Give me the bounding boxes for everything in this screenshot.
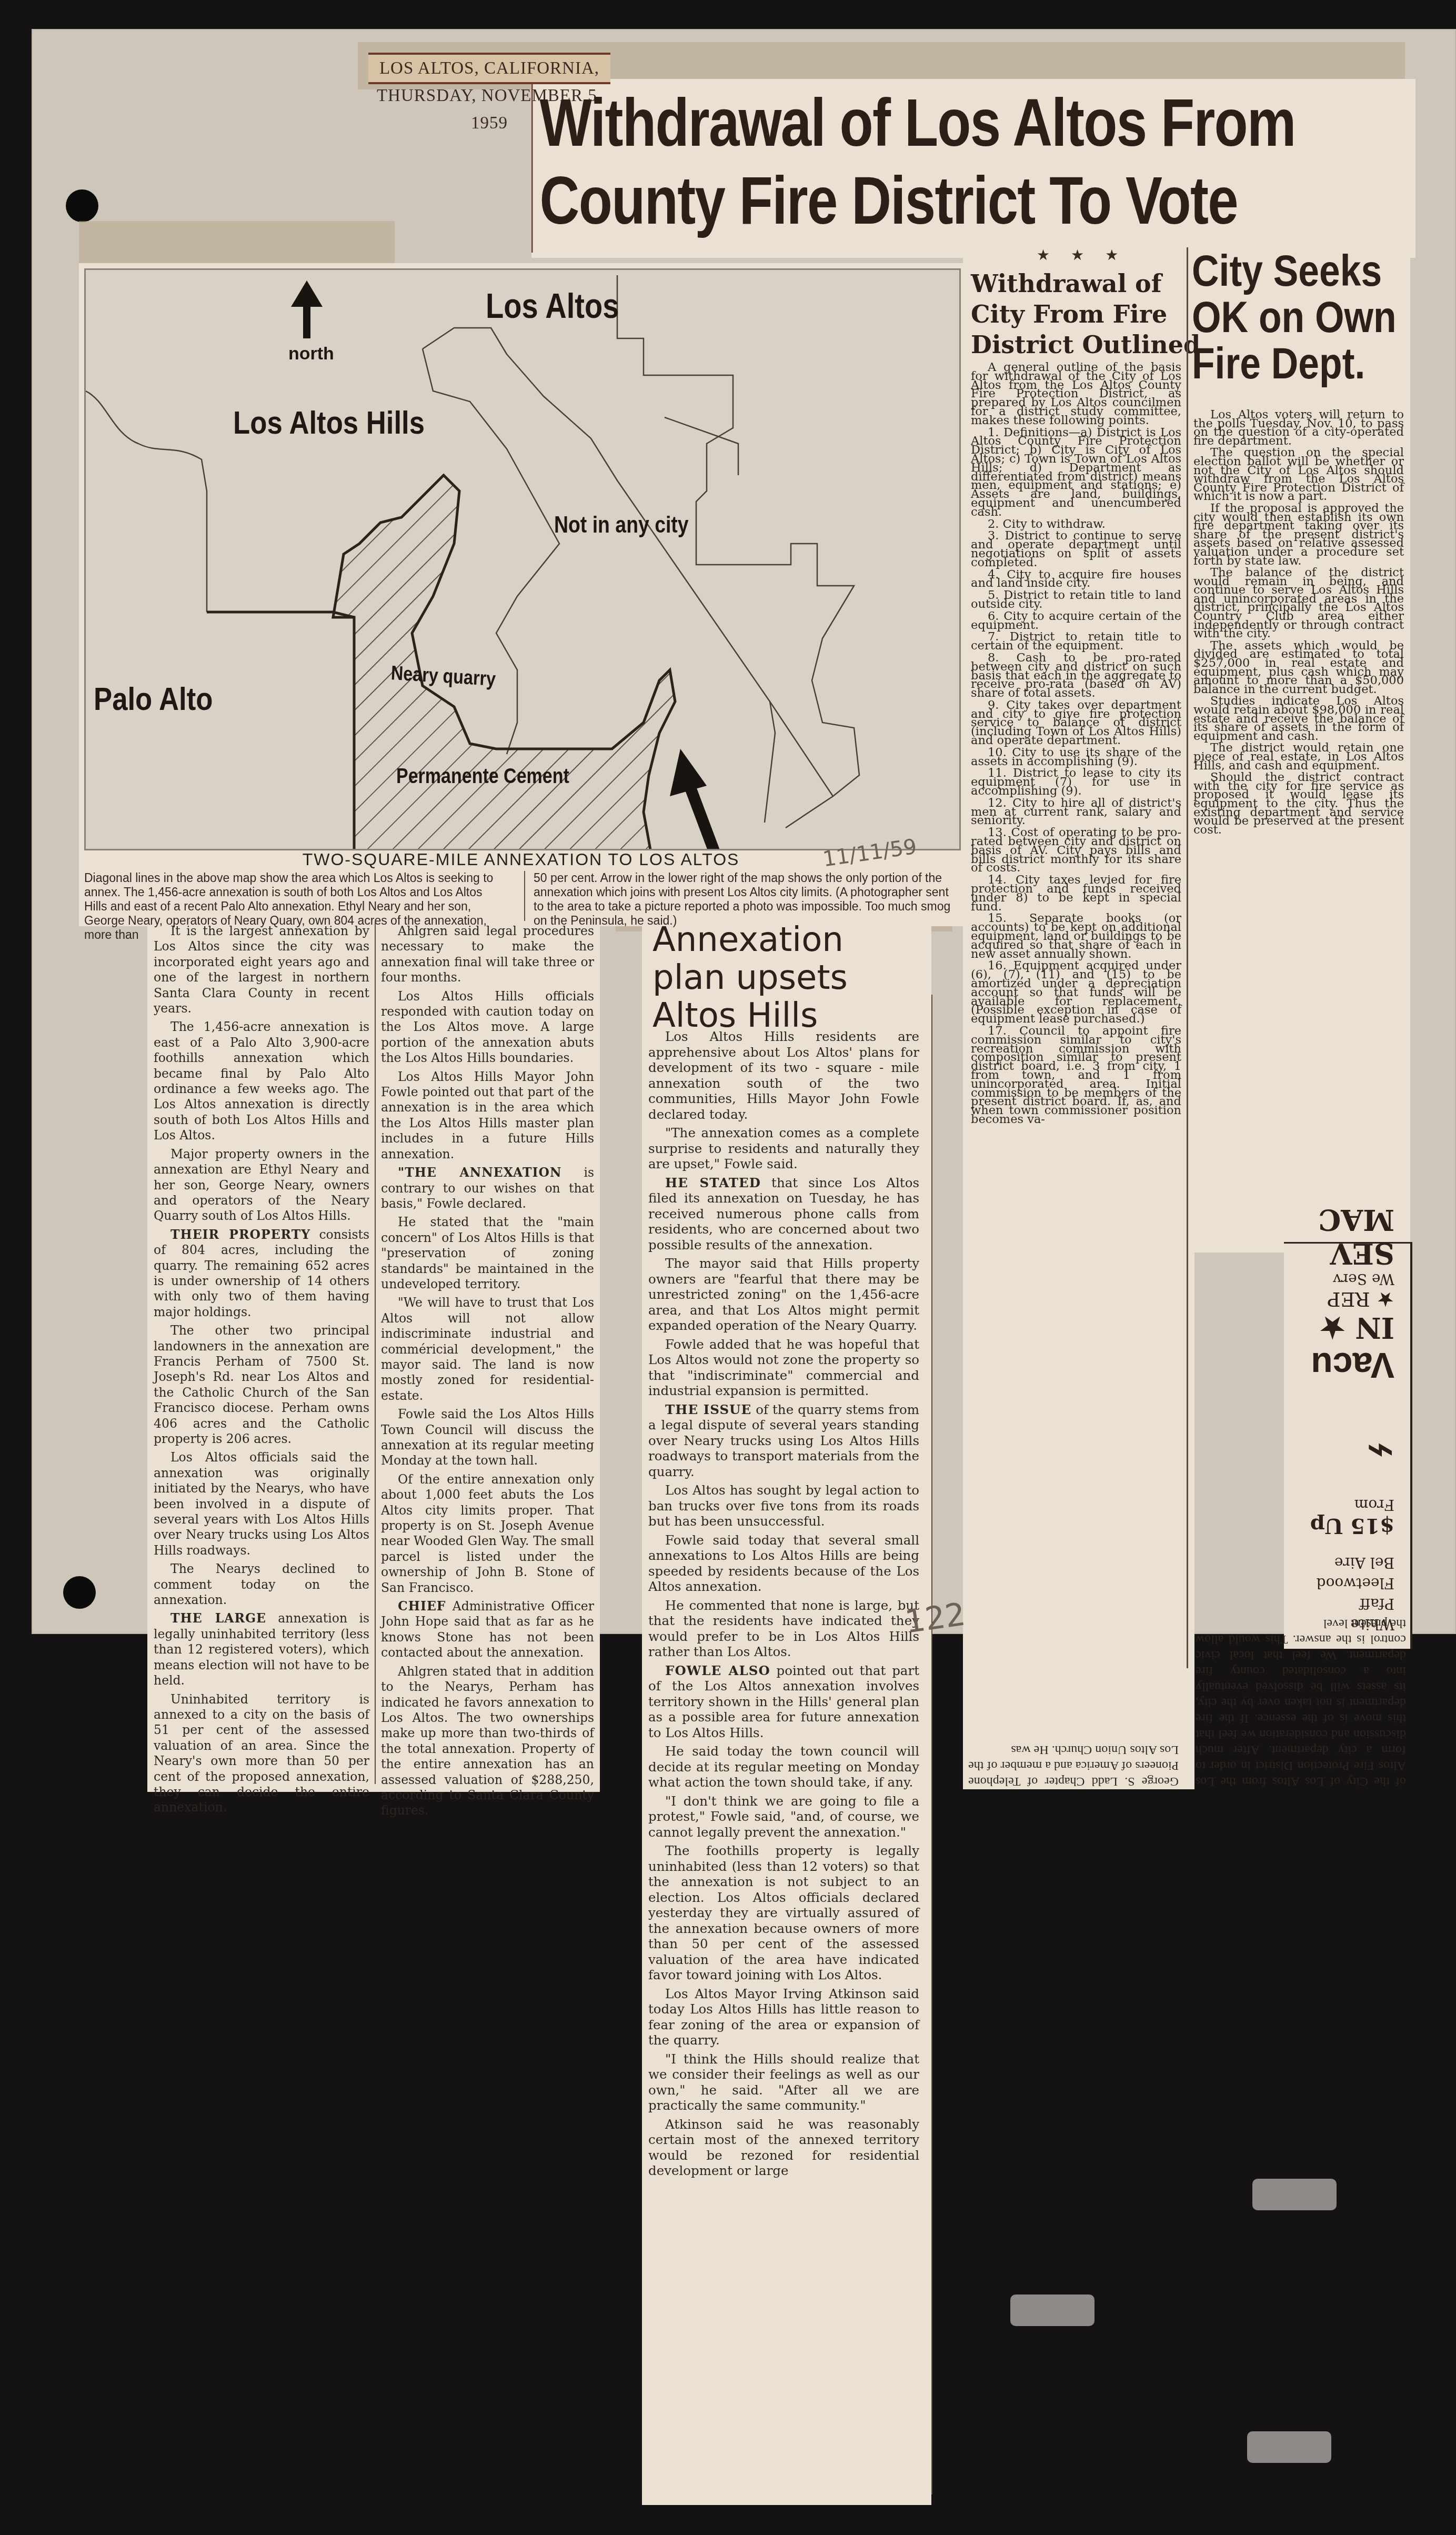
ad-line: IN ★ (1294, 1311, 1394, 1345)
paragraph: Uninhabited territory is annexed to a ci… (154, 1692, 369, 1816)
paragraph: Los Altos Hills residents are apprehensi… (648, 1029, 919, 1122)
upside-down-snippet-right: of the City of Los Altos from the Los Al… (1196, 1584, 1406, 1789)
paragraph: Los Altos Hills officials responded with… (381, 989, 594, 1066)
album-clip (1247, 2431, 1331, 2463)
paragraph: He commented that none is large, but tha… (648, 1598, 919, 1660)
binder-hole (63, 1576, 96, 1609)
title-line: City Seeks (1192, 247, 1397, 294)
paragraph: If the proposal is approved the city wou… (1193, 504, 1404, 565)
album-clip (1252, 2179, 1337, 2210)
city-story-title: City Seeks OK on Own Fire Dept. (1192, 247, 1397, 386)
paragraph: 6. City to acquire certain of the equipm… (971, 612, 1181, 630)
paragraph: 15. Separate books (or accounts) to be k… (971, 914, 1181, 958)
map-label-los-altos: Los Altos (486, 286, 619, 326)
headline-line-1: Withdrawal of Los Altos From (540, 84, 1411, 162)
paragraph: THE LARGE annexation is legally uninhabi… (154, 1611, 369, 1688)
paragraph: The Nearys declined to comment today on … (154, 1561, 369, 1608)
hills-story-title: Annexation plan upsets Altos Hills (652, 921, 848, 1035)
paragraph: Ahlgren said legal procedures necessary … (381, 924, 594, 986)
title-line: OK on Own (1192, 294, 1397, 340)
ad-line: ★ REP (1294, 1288, 1394, 1311)
paragraph: THEIR PROPERTY consists of 804 acres, in… (154, 1227, 369, 1320)
stars-ornament: ★★★ (1037, 246, 1139, 264)
paragraph: Fowle added that he was hopeful that Los… (648, 1337, 919, 1399)
paragraph: THE ISSUE of the quarry stems from a leg… (648, 1402, 919, 1480)
north-arrow-icon (291, 280, 323, 307)
column-rule (1187, 247, 1188, 1668)
paragraph: The balance of the district would remain… (1193, 568, 1404, 638)
ad-price: $15 Up (1294, 1514, 1394, 1538)
paragraph: 12. City to hire all of district's men a… (971, 799, 1181, 825)
paragraph: 9. City takes over department and city t… (971, 701, 1181, 745)
paragraph: Fowle said today that several small anne… (648, 1532, 919, 1595)
paragraph: 10. City to use its share of the assets … (971, 748, 1181, 766)
paragraph: Atkinson said he was reasonably certain … (648, 2117, 919, 2179)
title-line: Fire Dept. (1192, 340, 1397, 386)
paragraph: "The annexation comes as a complete surp… (648, 1125, 919, 1172)
paragraph: 14. City taxes levied for fire protectio… (971, 876, 1181, 911)
main-headline: Withdrawal of Los Altos From County Fire… (531, 84, 1411, 253)
ad-headline: Vacu (1294, 1345, 1394, 1386)
map-caption-title: TWO-SQUARE-MILE ANNEXATION TO LOS ALTOS (84, 850, 958, 869)
paragraph: 4. City to acquire fire houses and land … (971, 570, 1181, 588)
annexation-column-2: Ahlgren said legal procedures necessary … (381, 924, 594, 1819)
map-label-palo-alto: Palo Alto (94, 680, 213, 718)
title-line: District Outlined (971, 329, 1200, 360)
paragraph: 17. Council to appoint fire commission s… (971, 1027, 1181, 1124)
title-line: Annexation (652, 921, 848, 959)
paragraph: "THE ANNEXATION is contrary to our wishe… (381, 1165, 594, 1211)
hills-story-body: Los Altos Hills residents are apprehensi… (648, 1029, 919, 2179)
map-drawing (86, 270, 959, 849)
annexation-map: Los Altos north Los Altos Hills Not in a… (84, 268, 961, 850)
binder-hole (66, 189, 98, 222)
annexation-column-1: It is the largest annexation by Los Alto… (154, 924, 369, 1816)
paragraph: A general outline of the basis for withd… (971, 363, 1181, 425)
paragraph: FOWLE ALSO pointed out that part of the … (648, 1663, 919, 1741)
title-line: plan upsets (652, 959, 848, 997)
ad-brand: SEV (1294, 1237, 1394, 1270)
paragraph: 7. District to retain title to certain o… (971, 633, 1181, 650)
pointer-arrow-icon (670, 749, 707, 796)
paragraph: Should the district contract with the ci… (1193, 773, 1404, 834)
paragraph: 11. District to lease to city its equipm… (971, 769, 1181, 795)
paragraph: The mayor said that Hills property owner… (648, 1256, 919, 1334)
column-rule (931, 995, 932, 2494)
paragraph: "I think the Hills should realize that w… (648, 2051, 919, 2113)
paragraph: Studies indicate Los Altos would retain … (1193, 697, 1404, 740)
paragraph: The 1,456-acre annexation is east of a P… (154, 1019, 369, 1143)
paragraph: Los Altos Hills Mayor John Fowle pointed… (381, 1069, 594, 1162)
outline-story-body: A general outline of the basis for withd… (971, 363, 1181, 1124)
paragraph: It is the largest annexation by Los Alto… (154, 924, 369, 1016)
vacuum-illustration-icon: ⌁ (1294, 1428, 1394, 1475)
column-rule (375, 921, 376, 1784)
paragraph: 13. Cost of operating to be pro-rated be… (971, 828, 1181, 873)
paragraph: Major property owners in the annexation … (154, 1147, 369, 1224)
paragraph: 2. City to withdraw. (971, 520, 1181, 529)
paragraph: Los Altos has sought by legal action to … (648, 1482, 919, 1529)
paragraph: 5. District to retain title to land outs… (971, 591, 1181, 609)
paragraph: The foothills property is legally uninha… (648, 1843, 919, 1983)
city-story-body: Los Altos voters will return to the poll… (1193, 410, 1404, 834)
paragraph: He stated that the "main concern" of Los… (381, 1215, 594, 1292)
paragraph: Los Altos Mayor Irving Atkinson said tod… (648, 1986, 919, 2048)
paragraph: Los Altos voters will return to the poll… (1193, 410, 1404, 445)
ad-content: White Pfaff Fleetwood Bel Aire $15 Up Fr… (1284, 1203, 1410, 1649)
paragraph: The assets which would be divided are es… (1193, 642, 1404, 694)
album-clip (1010, 2294, 1094, 2326)
map-label-not-in-any-city: Not in any city (554, 512, 689, 538)
paragraph: 16. Equipment acquired under (6), (7), (… (971, 961, 1181, 1024)
paragraph: The question on the special election bal… (1193, 448, 1404, 501)
paragraph: HE STATED that since Los Altos filed its… (648, 1175, 919, 1253)
paragraph: 1. Definitions—a) District is Los Altos … (971, 428, 1181, 517)
title-line: Withdrawal of (971, 268, 1200, 299)
paragraph: 3. District to continue to serve and ope… (971, 532, 1181, 567)
paragraph: 8. Cash to be pro-rated between city and… (971, 654, 1181, 698)
map-caption-right: 50 per cent. Arrow in the lower right of… (524, 871, 958, 921)
paragraph: The district would retain one piece of r… (1193, 744, 1404, 770)
map-label-permanente-cement: Permanente Cement (396, 765, 569, 788)
paragraph: The other two principal landowners in th… (154, 1323, 369, 1447)
title-line: City From Fire (971, 299, 1200, 329)
dateline: LOS ALTOS, CALIFORNIA, THURSDAY, NOVEMBE… (368, 53, 610, 84)
paragraph: Of the entire annexation only about 1,00… (381, 1472, 594, 1596)
paragraph: Los Altos officials said the annexation … (154, 1450, 369, 1558)
map-label-los-altos-hills: Los Altos Hills (233, 404, 425, 442)
ad-service: We Serv (1294, 1270, 1394, 1288)
headline-line-2: County Fire District To Vote (540, 162, 1411, 240)
paragraph: "We will have to trust that Los Altos wi… (381, 1295, 594, 1404)
paragraph: Ahlgren stated that in addition to the N… (381, 1664, 594, 1819)
paragraph: CHIEF Administrative Officer John Hope s… (381, 1599, 594, 1661)
ad-model: Bel Aire (1294, 1554, 1394, 1571)
map-label-north: north (288, 344, 334, 364)
ad-brand: MAC (1294, 1203, 1394, 1237)
ad-from: From (1294, 1496, 1394, 1514)
paragraph: Fowle said the Los Altos Hills Town Coun… (381, 1407, 594, 1469)
outline-story-title: Withdrawal of City From Fire District Ou… (971, 268, 1200, 360)
map-caption-left: Diagonal lines in the above map show the… (84, 871, 508, 921)
map-caption: Diagonal lines in the above map show the… (84, 871, 958, 921)
upside-down-snippet-left: George S. Ladd Chapter of Telephone Pion… (968, 1705, 1179, 1789)
paragraph: "I don't think we are going to file a pr… (648, 1793, 919, 1840)
paragraph: He said today the town council will deci… (648, 1744, 919, 1790)
